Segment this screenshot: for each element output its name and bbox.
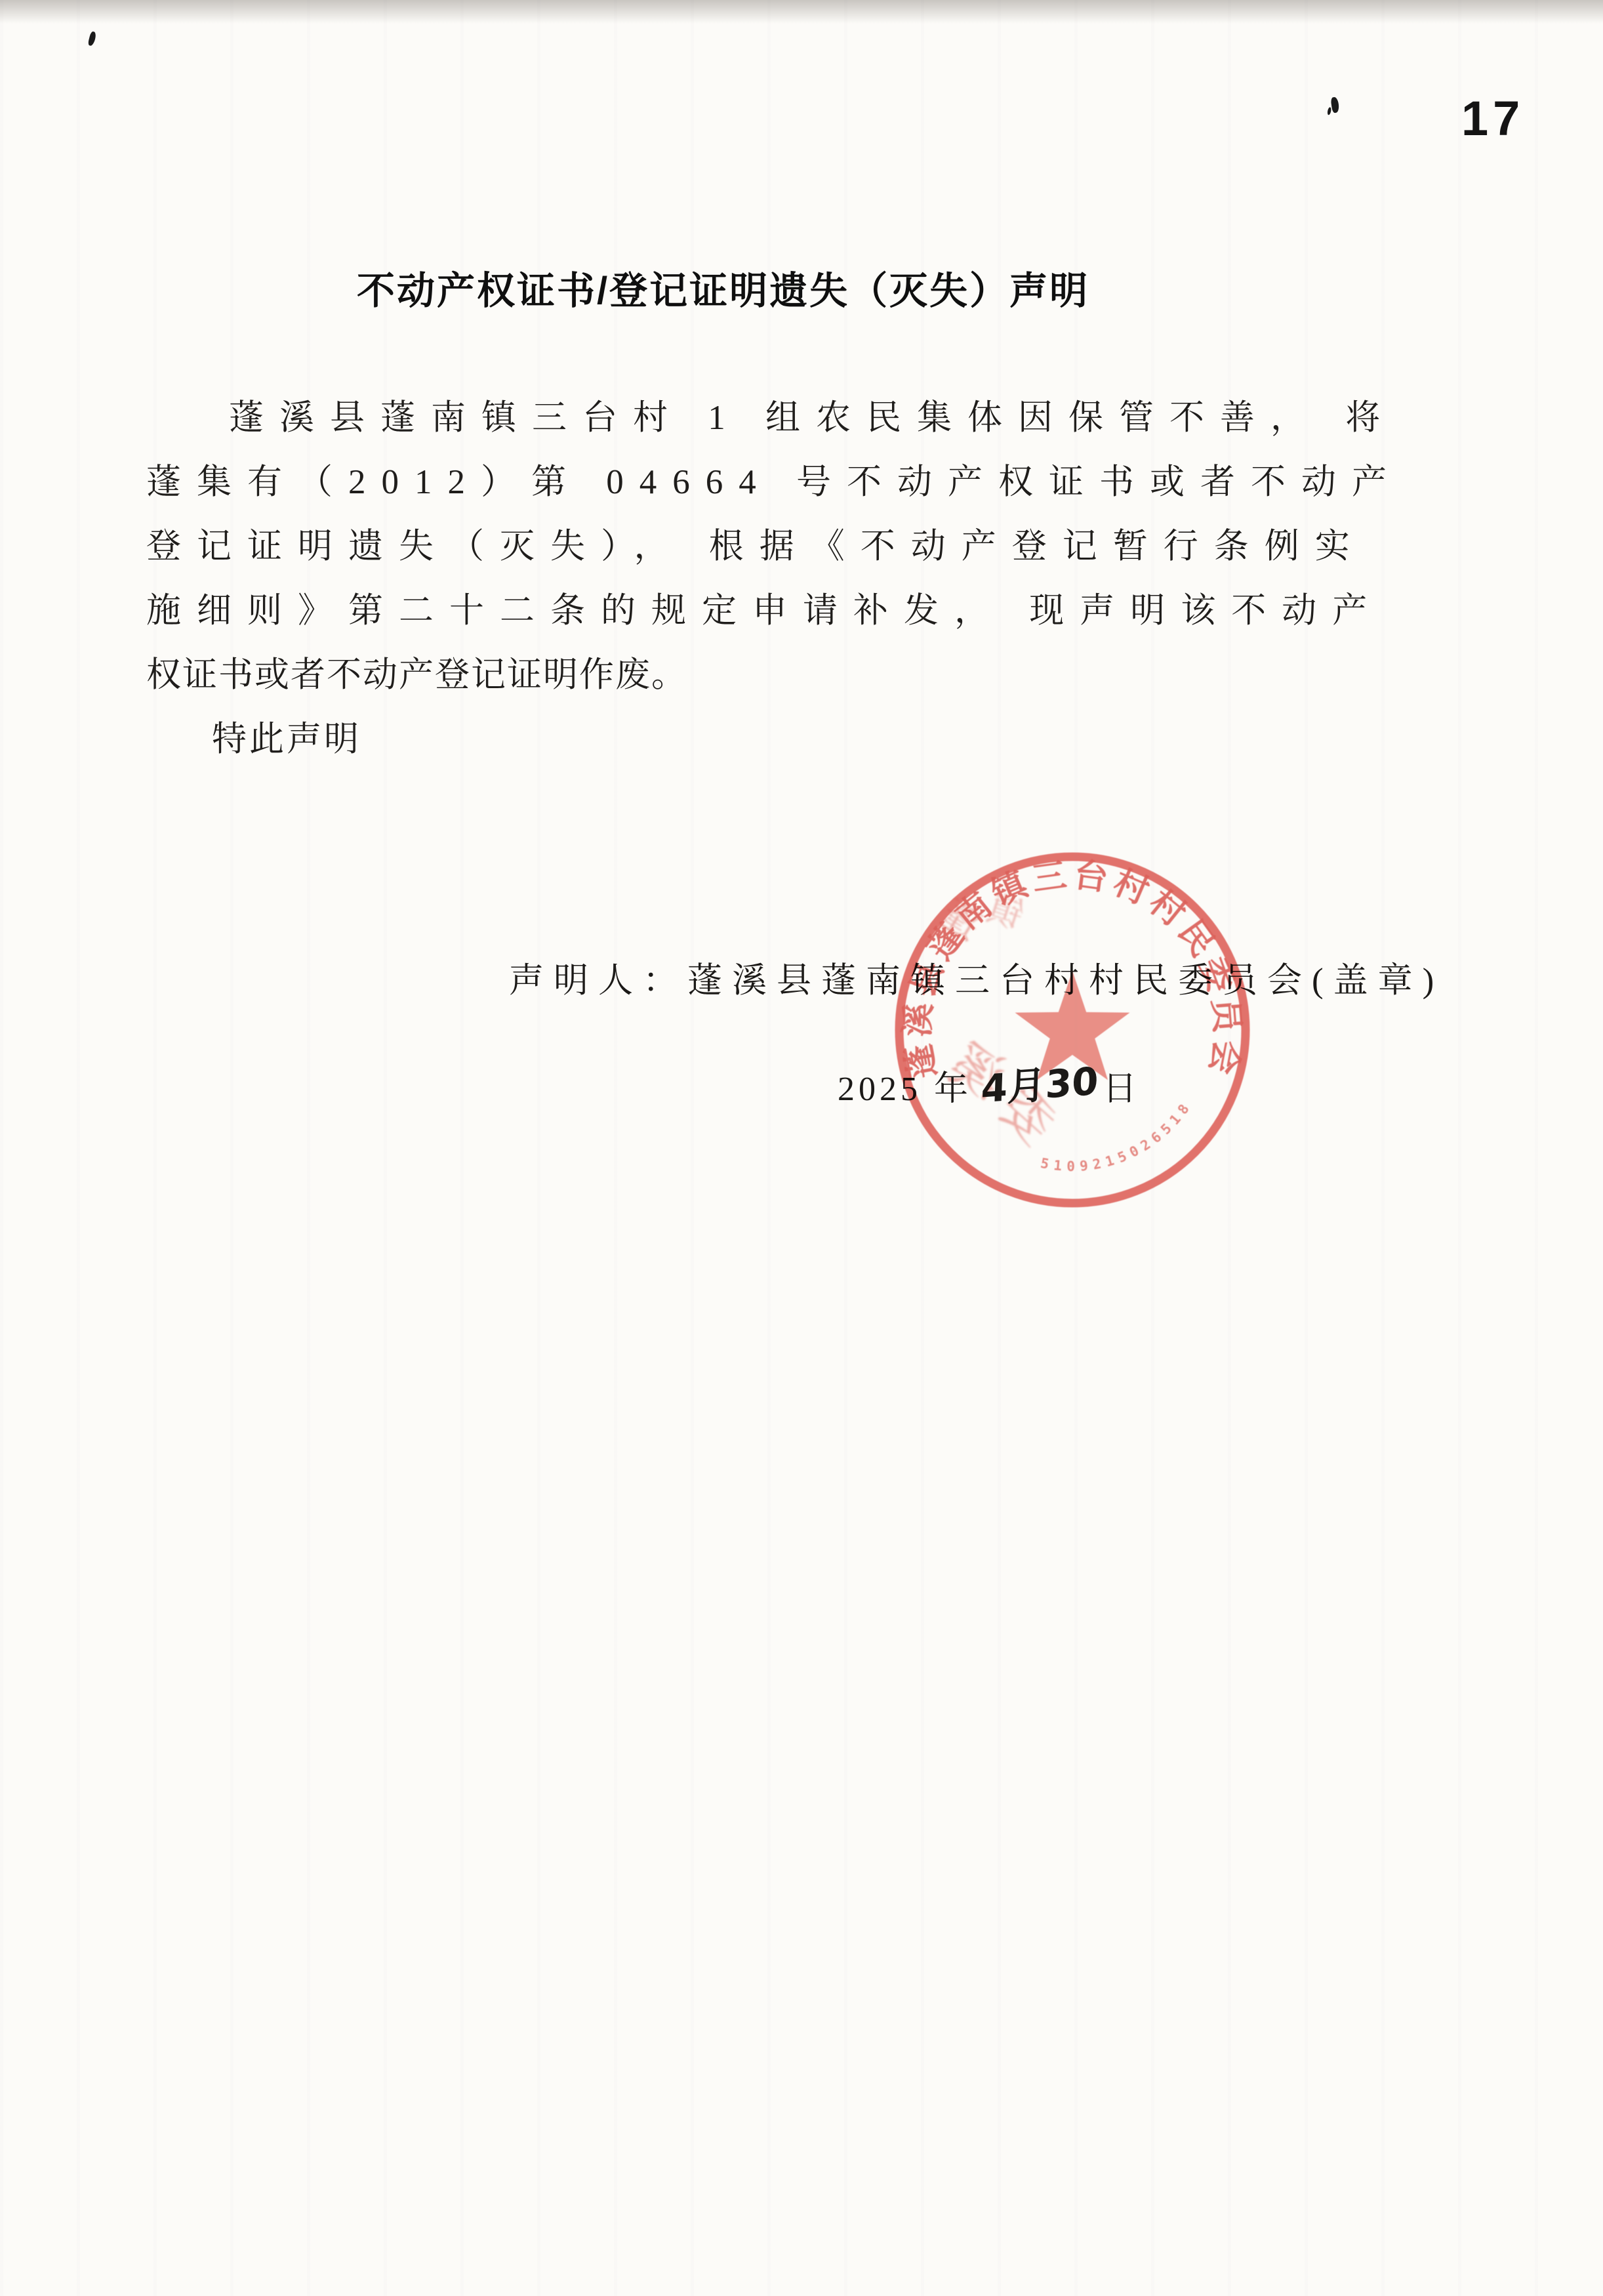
seal-serial-number: 5109215026518 [1039,1097,1195,1174]
body-line: 蓬溪县蓬南镇三台村 1 组农民集体因保管不善， 将 [146,386,1465,450]
scan-streak-texture [0,0,1603,2296]
ink-speck [1330,96,1339,113]
scan-edge-shadow [0,0,1603,24]
official-seal-stamp: 蓬溪县蓬南镇三台村村民委员会 5109215026518 蓬 镇 溪 委 [876,833,1269,1227]
body-line: 登记证明遗失（灭失）， 根据《不动产登记暂行条例实 [146,514,1465,579]
seal-graphic: 蓬溪县蓬南镇三台村村民委员会 5109215026518 [876,833,1269,1227]
body-line: 施细则》第二十二条的规定申请补发， 现声明该不动产 [146,579,1465,643]
ink-speck [87,31,96,47]
seal-star [1015,971,1130,1080]
body-closing-phrase: 特此声明 [146,707,1465,771]
body-line: 蓬集有（2012）第 04664 号不动产权证书或者不动产 [146,450,1465,514]
document-body: 蓬溪县蓬南镇三台村 1 组农民集体因保管不善， 将 蓬集有（2012）第 046… [146,386,1465,771]
seal-serial-container: 5109215026518 [1039,1097,1195,1174]
document-title: 不动产权证书/登记证明遗失（灭失）声明 [357,260,1089,315]
scanned-document-page: { "page": { "number": "17" }, "document"… [0,0,1603,2296]
page-number: 17 [1461,91,1524,146]
body-line: 权证书或者不动产登记证明作废。 [146,643,1465,707]
